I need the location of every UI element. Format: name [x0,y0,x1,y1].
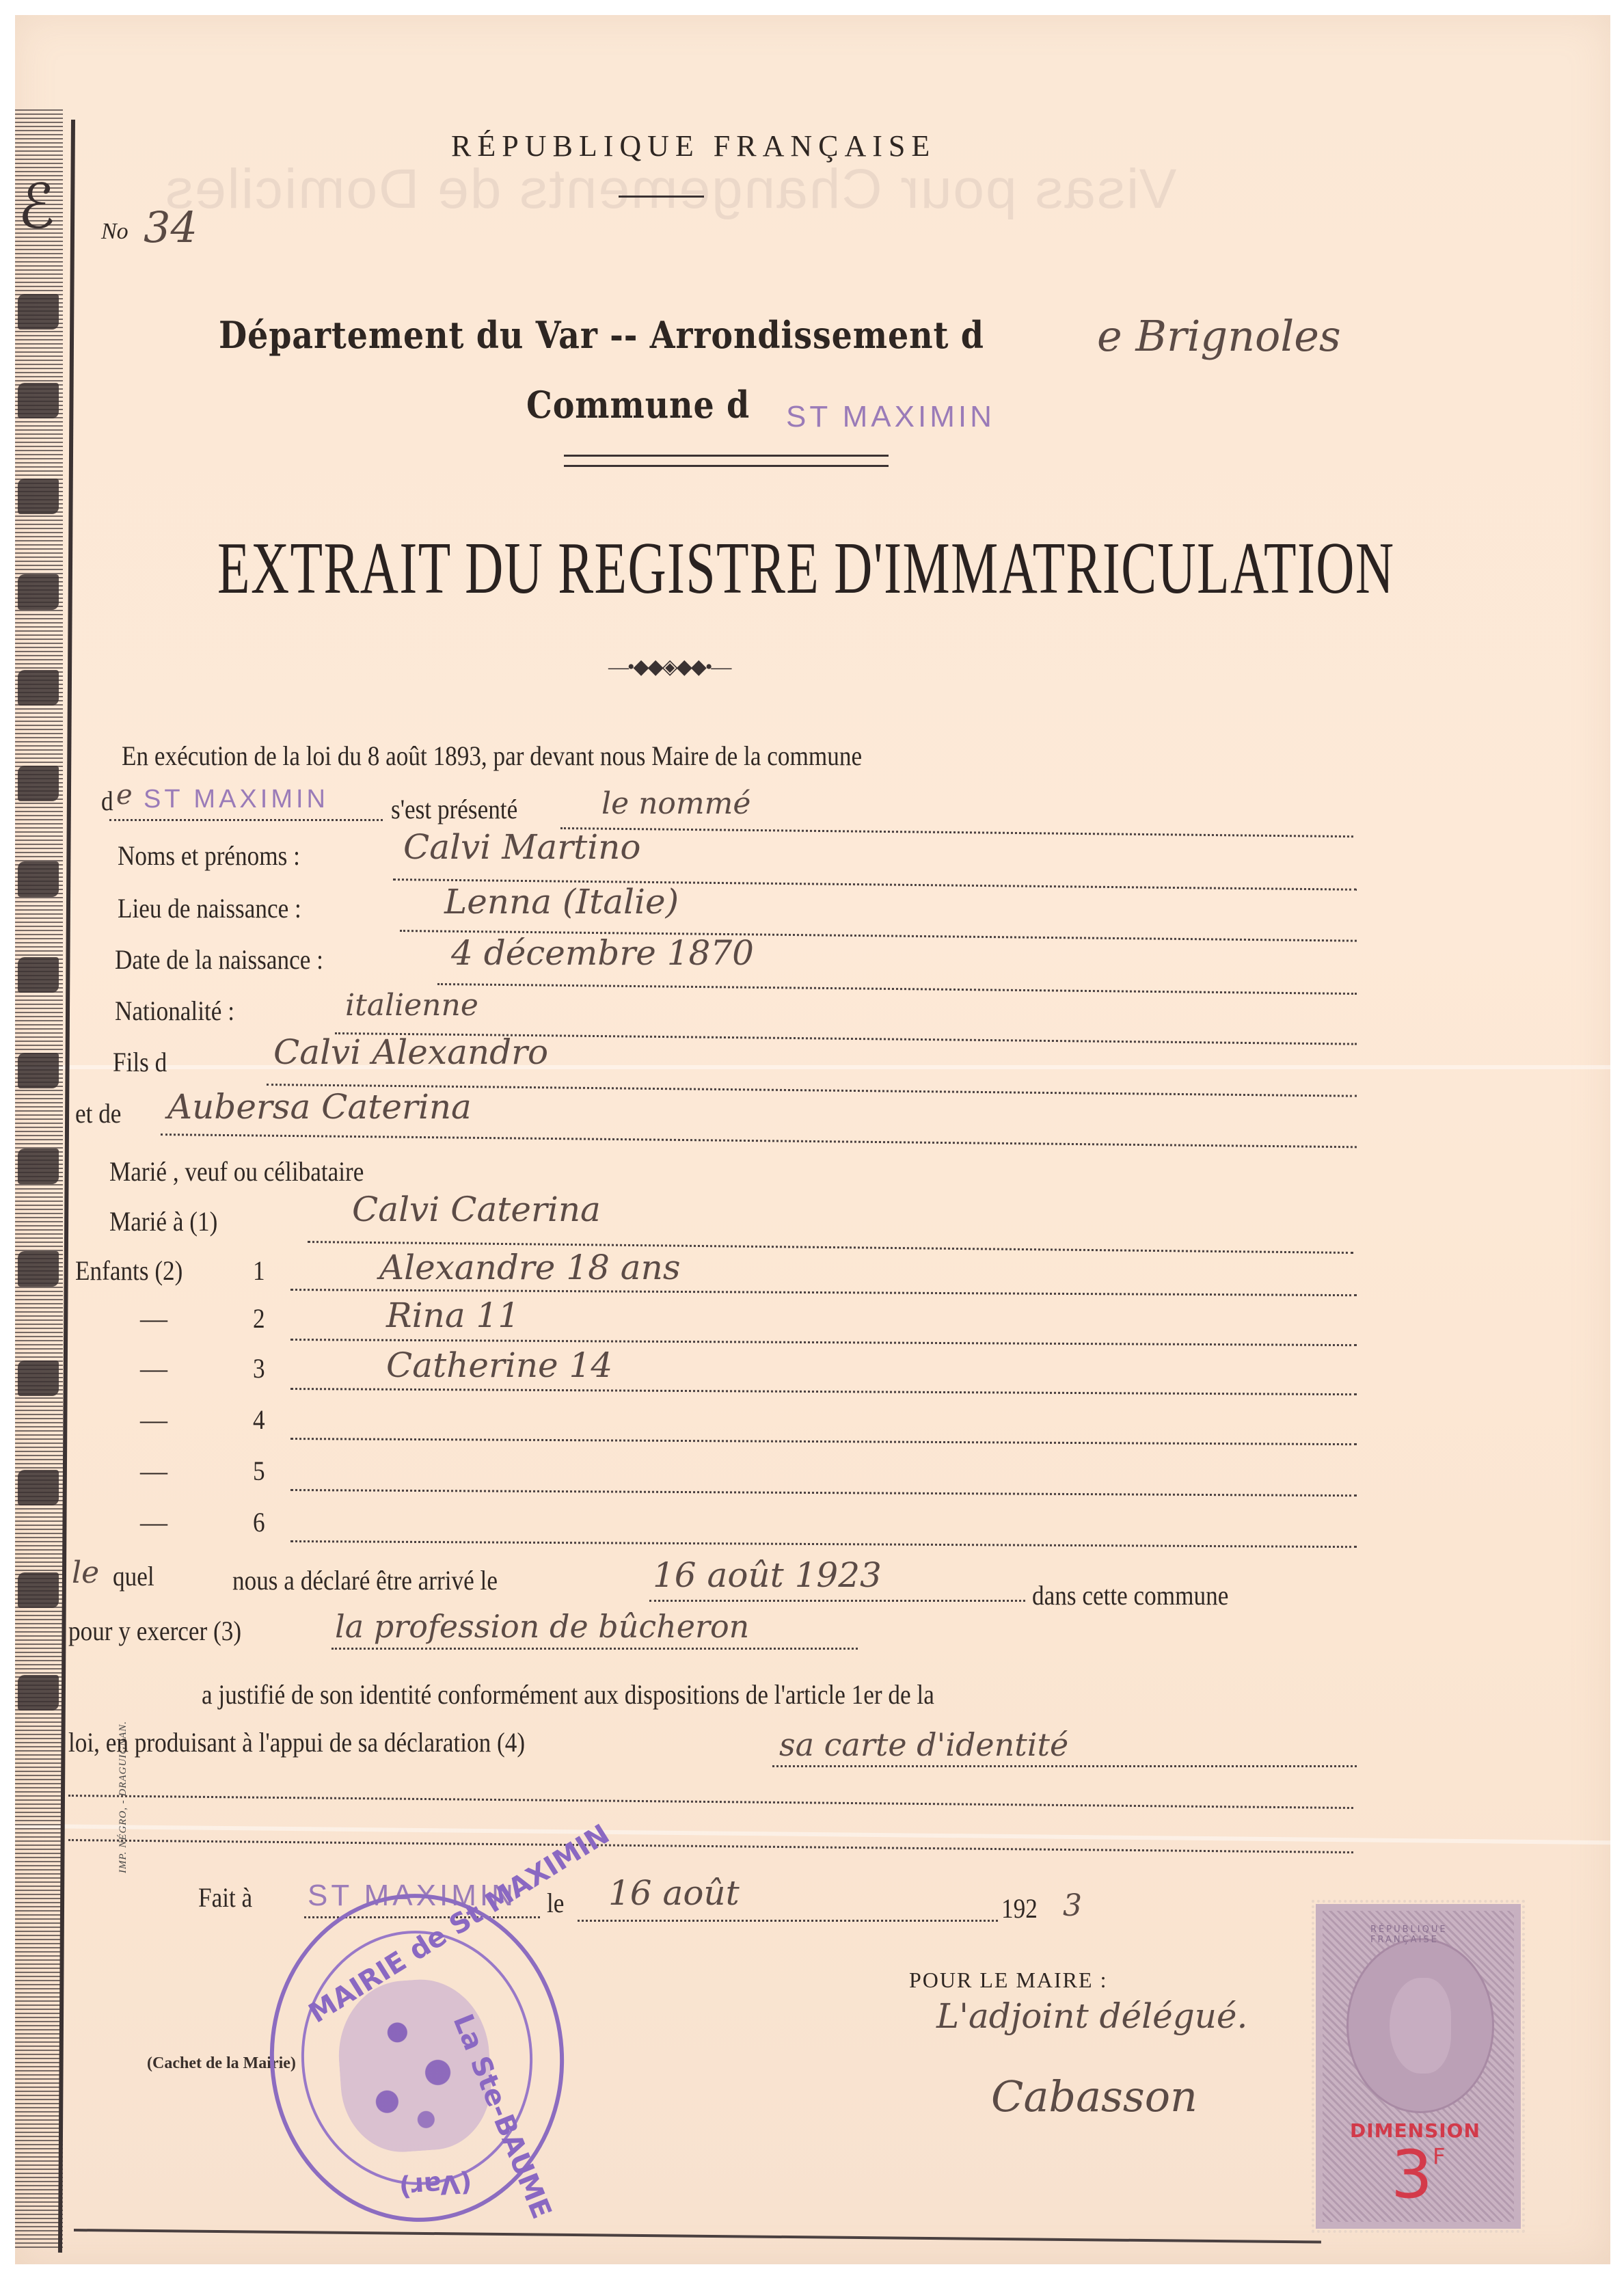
margin-letter-glyph [18,1360,59,1396]
signatory-role: L'adjoint délégué. [936,1996,1247,2036]
fiscal-amount: 3 [1391,2136,1433,2213]
arrival-label: nous a déclaré être arrivé le [232,1564,498,1596]
children-label: Enfants (2) [75,1255,182,1287]
field-line [772,1765,1357,1767]
margin-letter-glyph [18,1149,59,1184]
margin-letter-glyph [18,294,59,330]
margin-letter-glyph [18,1053,59,1088]
date-label: le [547,1887,564,1919]
intro-commune-handwritten: e [116,779,133,811]
margin-letter-glyph [18,670,59,706]
child-dash: — [140,1506,167,1538]
made-at-label: Fait à [198,1881,252,1914]
margin-letter-glyph [18,861,59,897]
republic-heading: RÉPUBLIQUE FRANÇAISE [451,129,936,163]
signatory-name: Cabasson [991,2071,1197,2121]
child-index: 5 [253,1455,265,1487]
identity-line: a justifié de son identité conformément … [202,1678,934,1711]
fold-crease [15,1065,1610,1069]
field-line [649,1600,1025,1602]
arrival-quel: quel [113,1560,154,1592]
marianne-medallion-icon [1346,1938,1494,2113]
field-label-birthplace: Lieu de naissance : [118,892,301,924]
fiscal-value: 3F [1391,2136,1445,2213]
margin-letter-glyph [18,574,59,610]
margin-letter-glyph [18,957,59,993]
margin-letter-glyph [18,1470,59,1505]
margin-letter-glyph [18,766,59,801]
for-mayor-label: POUR LE MAIRE : [909,1968,1107,1993]
field-label-name: Noms et prénoms : [118,840,300,872]
department-label: Département du Var -- Arrondissement d [219,313,984,357]
child-index: 4 [253,1404,265,1436]
document-title: EXTRAIT DU REGISTRE D'IMMATRICULATION [217,526,1395,611]
child-index: 3 [253,1352,265,1384]
flourish-icon: ℰ [18,171,55,243]
child-value: Rina 11 [386,1296,519,1335]
identity-value: sa carte d'identité [779,1726,1068,1763]
number-value: 34 [144,202,198,252]
field-value-father: Calvi Alexandro [273,1032,548,1072]
arrival-prefix: le [72,1555,99,1590]
margin-letter-glyph [18,479,59,514]
margin-letter-glyph [18,1251,59,1287]
child-dash: — [140,1302,167,1335]
exercise-value: la profession de bûcheron [335,1608,749,1645]
spouse-label: Marié à (1) [109,1205,217,1237]
intro-line: En exécution de la loi du 8 août 1893, p… [122,740,862,772]
margin-letter-glyph [18,1675,59,1711]
presented-value: le nommé [601,786,750,821]
field-value-name: Calvi Martino [403,827,641,867]
exercise-label: pour y exercer (3) [68,1615,241,1647]
field-label-father: Fils d [113,1046,167,1078]
fiscal-unit: F [1433,2143,1445,2169]
marianne-head-icon [1390,1978,1451,2074]
child-index: 1 [253,1255,265,1287]
child-value: Alexandre 18 ans [379,1248,680,1287]
field-line [109,819,383,821]
margin-letter-glyph [18,1572,59,1608]
field-line [578,1920,998,1922]
margin-letter-glyph [18,383,59,418]
double-rule [564,455,889,467]
commune-label: Commune d [526,383,750,427]
bleedthrough-text: Visas pour Changements de Domiciles [164,157,1176,222]
child-dash: — [140,1404,167,1436]
spouse-value: Calvi Caterina [352,1190,601,1229]
field-value-mother: Aubersa Caterina [167,1087,472,1127]
arrival-suffix: dans cette commune [1032,1579,1228,1611]
year-printed: 192 [1001,1892,1038,1924]
header-rule [619,196,704,198]
intro-prefix: d [101,785,113,817]
child-index: 6 [253,1506,265,1538]
intro-commune-stamp: ST MAXIMIN [144,785,329,814]
child-index: 2 [253,1302,265,1335]
field-label-birthdate: Date de la naissance : [115,943,323,976]
seal-text-bottom: (Var) [398,2168,473,2203]
field-value-birthplace: Lenna (Italie) [444,882,679,922]
field-label-nationality: Nationalité : [115,995,234,1027]
signature-date: 16 août [608,1873,740,1913]
presented-label: s'est présenté [391,793,517,825]
child-dash: — [140,1352,167,1384]
commune-stamp: ST MAXIMIN [786,400,995,434]
ornament-divider: —•◆◆◈◆◆•— [608,655,730,679]
field-line [331,1648,858,1650]
child-value: Catherine 14 [386,1345,612,1385]
field-label-mother: et de [75,1097,121,1129]
arrival-date: 16 août 1923 [653,1555,882,1595]
field-value-nationality: italienne [345,988,478,1023]
fiscal-stamp: RÉPUBLIQUE FRANÇAISE DIMENSION 3F [1316,1904,1521,2229]
child-dash: — [140,1455,167,1487]
number-label: No [101,219,128,245]
field-value-birthdate: 4 décembre 1870 [451,933,754,973]
marital-status-label: Marié , veuf ou célibataire [109,1155,364,1188]
year-handwritten: 3 [1063,1888,1082,1923]
arrondissement-value: e Brignoles [1097,311,1341,361]
fiscal-legend: RÉPUBLIQUE FRANÇAISE [1370,1924,1514,1945]
identity-label: loi, en produisant à l'appui de sa décla… [68,1726,525,1758]
